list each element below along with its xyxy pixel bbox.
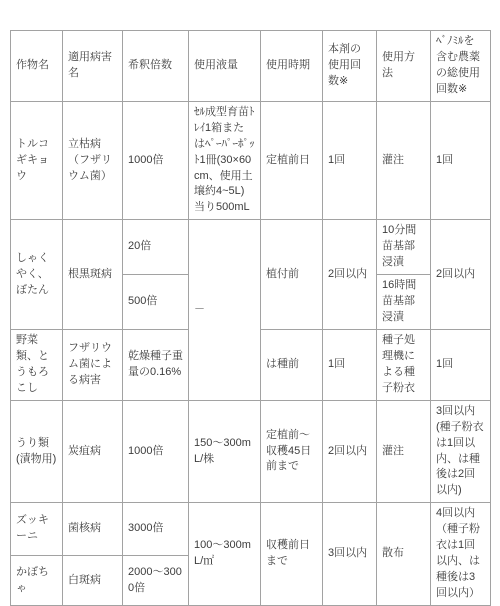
table-cell: ｾﾙ成型育苗ﾄﾚｲ1箱またはﾍﾟｰﾊﾟｰﾎﾟｯﾄ1冊(30×60cm、使用土壌約…: [189, 101, 261, 220]
table-cell: 散布: [377, 503, 431, 606]
header-row: 作物名適用病害名希釈倍数使用液量使用時期本剤の使用回数※使用方法ﾍﾞﾉﾐﾙを含む…: [11, 31, 491, 102]
pesticide-usage-table: 作物名適用病害名希釈倍数使用液量使用時期本剤の使用回数※使用方法ﾍﾞﾉﾐﾙを含む…: [10, 30, 491, 606]
table-cell: 2回以内: [323, 400, 377, 503]
table-cell: 100～300mL/㎡: [189, 503, 261, 606]
table-cell: ズッキーニ: [11, 503, 63, 556]
table-cell: 2回以内: [431, 220, 491, 330]
table-cell: 植付前: [261, 220, 323, 330]
table-cell: 乾燥種子重量の0.16%: [123, 329, 189, 400]
table-cell: 3回以内: [323, 503, 377, 606]
table-cell: 4回以内（種子粉衣は1回以内、は種後は3回以内）: [431, 503, 491, 606]
table-cell: 立枯病（フザリウム菌）: [63, 101, 123, 220]
table-cell: 白斑病: [63, 556, 123, 606]
header-cell: 希釈倍数: [123, 31, 189, 102]
table-cell: 灌注: [377, 101, 431, 220]
table-cell: 種子処理機による種子粉衣: [377, 329, 431, 400]
table-container: 作物名適用病害名希釈倍数使用液量使用時期本剤の使用回数※使用方法ﾍﾞﾉﾐﾙを含む…: [10, 30, 490, 606]
table-cell: 1回: [431, 329, 491, 400]
table-row: トルコギキョウ立枯病（フザリウム菌）1000倍ｾﾙ成型育苗ﾄﾚｲ1箱またはﾍﾟｰ…: [11, 101, 491, 220]
table-cell: 20倍: [123, 220, 189, 275]
header-cell: 使用時期: [261, 31, 323, 102]
table-cell: フザリウム菌による病害: [63, 329, 123, 400]
table-cell: 1000倍: [123, 101, 189, 220]
table-cell: 10分間苗基部浸漬: [377, 220, 431, 275]
header-cell: 本剤の使用回数※: [323, 31, 377, 102]
table-body: トルコギキョウ立枯病（フザリウム菌）1000倍ｾﾙ成型育苗ﾄﾚｲ1箱またはﾍﾟｰ…: [11, 101, 491, 605]
table-cell: 野菜類、とうもろこし: [11, 329, 63, 400]
table-cell: 2000～3000倍: [123, 556, 189, 606]
table-cell: 500倍: [123, 275, 189, 330]
header-cell: 使用液量: [189, 31, 261, 102]
table-row: うり類(漬物用)炭疽病1000倍150～300mL/株定植前～収穫45日前まで2…: [11, 400, 491, 503]
table-cell: 定植前日: [261, 101, 323, 220]
header-cell: 使用方法: [377, 31, 431, 102]
table-cell: しゃくやく、ぼたん: [11, 220, 63, 330]
table-cell: 3回以内(種子粉衣は1回以内、は種後は2回以内): [431, 400, 491, 503]
table-cell: 150～300mL/株: [189, 400, 261, 503]
table-cell: 1回: [323, 101, 377, 220]
table-cell: は種前: [261, 329, 323, 400]
table-cell: 1回: [323, 329, 377, 400]
table-cell: 定植前～収穫45日前まで: [261, 400, 323, 503]
header-cell: ﾍﾞﾉﾐﾙを含む農薬の総使用回数※: [431, 31, 491, 102]
table-cell: 菌核病: [63, 503, 123, 556]
table-cell: 根黒斑病: [63, 220, 123, 330]
table-row: しゃくやく、ぼたん根黒斑病20倍－植付前2回以内10分間苗基部浸漬2回以内: [11, 220, 491, 275]
table-cell: かぼちゃ: [11, 556, 63, 606]
table-cell: －: [189, 220, 261, 400]
table-cell: 炭疽病: [63, 400, 123, 503]
table-cell: 1回: [431, 101, 491, 220]
table-cell: うり類(漬物用): [11, 400, 63, 503]
header-cell: 作物名: [11, 31, 63, 102]
table-cell: トルコギキョウ: [11, 101, 63, 220]
table-cell: 16時間苗基部浸漬: [377, 275, 431, 330]
table-cell: 3000倍: [123, 503, 189, 556]
header-cell: 適用病害名: [63, 31, 123, 102]
table-cell: 収穫前日まで: [261, 503, 323, 606]
table-cell: 灌注: [377, 400, 431, 503]
table-row: ズッキーニ菌核病3000倍100～300mL/㎡収穫前日まで3回以内散布4回以内…: [11, 503, 491, 556]
table-cell: 2回以内: [323, 220, 377, 330]
table-cell: 1000倍: [123, 400, 189, 503]
